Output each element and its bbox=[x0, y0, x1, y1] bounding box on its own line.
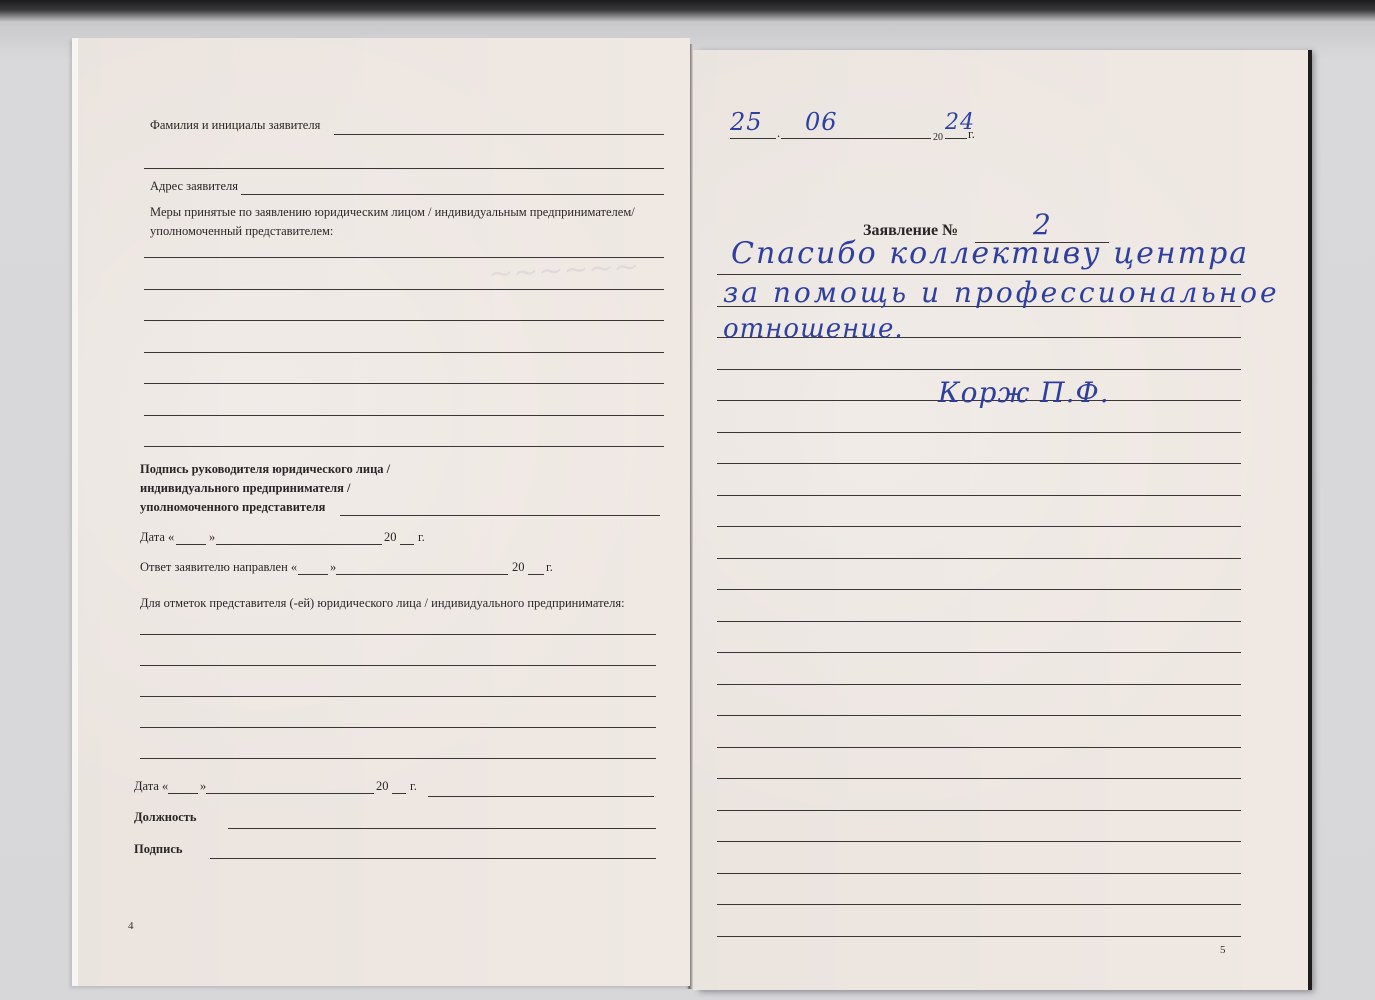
date2-month-field[interactable] bbox=[206, 793, 374, 794]
notes-line[interactable] bbox=[140, 758, 656, 759]
statement-line[interactable] bbox=[717, 652, 1241, 653]
position-label: Должность bbox=[134, 810, 197, 825]
statement-line[interactable] bbox=[717, 526, 1241, 527]
signature-field[interactable] bbox=[210, 858, 656, 859]
measures-line[interactable] bbox=[144, 289, 664, 290]
page-number-right: 5 bbox=[1220, 944, 1226, 956]
date-day-field[interactable] bbox=[730, 138, 776, 139]
reply-year-suffix: г. bbox=[546, 560, 553, 575]
date2-year-suffix: г. bbox=[410, 779, 417, 794]
statement-line[interactable] bbox=[717, 778, 1241, 779]
right-page: 25 . 06 20 24 г. Заявление № 2 Спасибо к… bbox=[693, 50, 1308, 990]
measures-line[interactable] bbox=[144, 352, 664, 353]
date-year-prefix: 20 bbox=[384, 530, 397, 545]
statement-line[interactable] bbox=[717, 589, 1241, 590]
handwritten-signature: Корж П.Ф. bbox=[938, 376, 1110, 409]
notes-line[interactable] bbox=[140, 665, 656, 666]
year-field[interactable] bbox=[945, 138, 967, 139]
notes-line[interactable] bbox=[140, 696, 656, 697]
statement-line[interactable] bbox=[717, 274, 1241, 275]
date-quote: » bbox=[209, 530, 215, 545]
statement-line[interactable] bbox=[717, 463, 1241, 464]
handwritten-line-2: за помощь и профессиональное bbox=[723, 276, 1280, 309]
measures-line[interactable] bbox=[144, 320, 664, 321]
bleed-through-text: ~~~~~~ bbox=[487, 249, 639, 292]
statement-line[interactable] bbox=[717, 904, 1241, 905]
date-day-field[interactable] bbox=[176, 544, 206, 545]
signature-block-label: Подпись руководителя юридического лица / bbox=[140, 462, 390, 477]
date2-label: Дата « bbox=[134, 779, 168, 794]
reply-day-field[interactable] bbox=[298, 574, 328, 575]
signature-label: Подпись bbox=[134, 842, 183, 857]
handwritten-line-1: Спасибо коллективу центра bbox=[731, 236, 1249, 271]
statement-line[interactable] bbox=[717, 495, 1241, 496]
statement-line[interactable] bbox=[717, 715, 1241, 716]
year-prefix: 20 bbox=[933, 132, 943, 143]
date-month-handwritten: 06 bbox=[805, 108, 838, 136]
statement-line[interactable] bbox=[717, 432, 1241, 433]
left-page: ~~~~~~ Фамилия и инициалы заявителя Адре… bbox=[72, 38, 690, 986]
date2-day-field[interactable] bbox=[168, 793, 198, 794]
date2-year-field[interactable] bbox=[392, 793, 406, 794]
statement-line[interactable] bbox=[717, 369, 1241, 370]
statement-line[interactable] bbox=[717, 936, 1241, 937]
measures-line[interactable] bbox=[144, 383, 664, 384]
applicant-address-field[interactable] bbox=[241, 194, 664, 195]
notes-line[interactable] bbox=[140, 727, 656, 728]
reply-month-field[interactable] bbox=[336, 574, 508, 575]
date-year-suffix: г. bbox=[418, 530, 425, 545]
date-year-field[interactable] bbox=[400, 544, 414, 545]
date-month-field[interactable] bbox=[216, 544, 382, 545]
measures-line[interactable] bbox=[144, 257, 664, 258]
measures-line[interactable] bbox=[144, 415, 664, 416]
measures-label: Меры принятые по заявлению юридическим л… bbox=[150, 205, 635, 220]
reply-sent-label: Ответ заявителю направлен « bbox=[140, 560, 297, 575]
date2-extra-field[interactable] bbox=[428, 796, 654, 797]
measures-label-2: уполномоченный представителем: bbox=[150, 224, 333, 239]
statement-line[interactable] bbox=[717, 621, 1241, 622]
statement-line[interactable] bbox=[717, 873, 1241, 874]
notes-line[interactable] bbox=[140, 634, 656, 635]
statement-line[interactable] bbox=[717, 558, 1241, 559]
date2-quote: » bbox=[200, 779, 206, 794]
applicant-address-label: Адрес заявителя bbox=[150, 179, 238, 194]
measures-line[interactable] bbox=[144, 446, 664, 447]
position-field[interactable] bbox=[228, 828, 656, 829]
date-day-handwritten: 25 bbox=[730, 108, 763, 136]
reply-year-prefix: 20 bbox=[512, 560, 525, 575]
manager-signature-field[interactable] bbox=[340, 515, 660, 516]
date-label: Дата « bbox=[140, 530, 174, 545]
reply-quote: » bbox=[330, 560, 336, 575]
date-dot: . bbox=[777, 126, 780, 141]
notes-label: Для отметок представителя (-ей) юридичес… bbox=[140, 596, 625, 611]
year-suffix: г. bbox=[968, 127, 975, 142]
signature-block-label-3: уполномоченного представителя bbox=[140, 500, 325, 515]
page-number-left: 4 bbox=[128, 920, 134, 932]
date-month-field[interactable] bbox=[781, 138, 931, 139]
signature-block-label-2: индивидуального предпринимателя / bbox=[140, 481, 351, 496]
applicant-name-field-2[interactable] bbox=[144, 168, 664, 169]
date2-year-prefix: 20 bbox=[376, 779, 389, 794]
statement-line[interactable] bbox=[717, 841, 1241, 842]
handwritten-line-3: отношение. bbox=[723, 314, 904, 344]
statement-line[interactable] bbox=[717, 810, 1241, 811]
reply-year-field[interactable] bbox=[528, 574, 544, 575]
applicant-name-label: Фамилия и инициалы заявителя bbox=[150, 118, 320, 133]
applicant-name-field[interactable] bbox=[334, 134, 664, 135]
statement-line[interactable] bbox=[717, 684, 1241, 685]
statement-line[interactable] bbox=[717, 747, 1241, 748]
